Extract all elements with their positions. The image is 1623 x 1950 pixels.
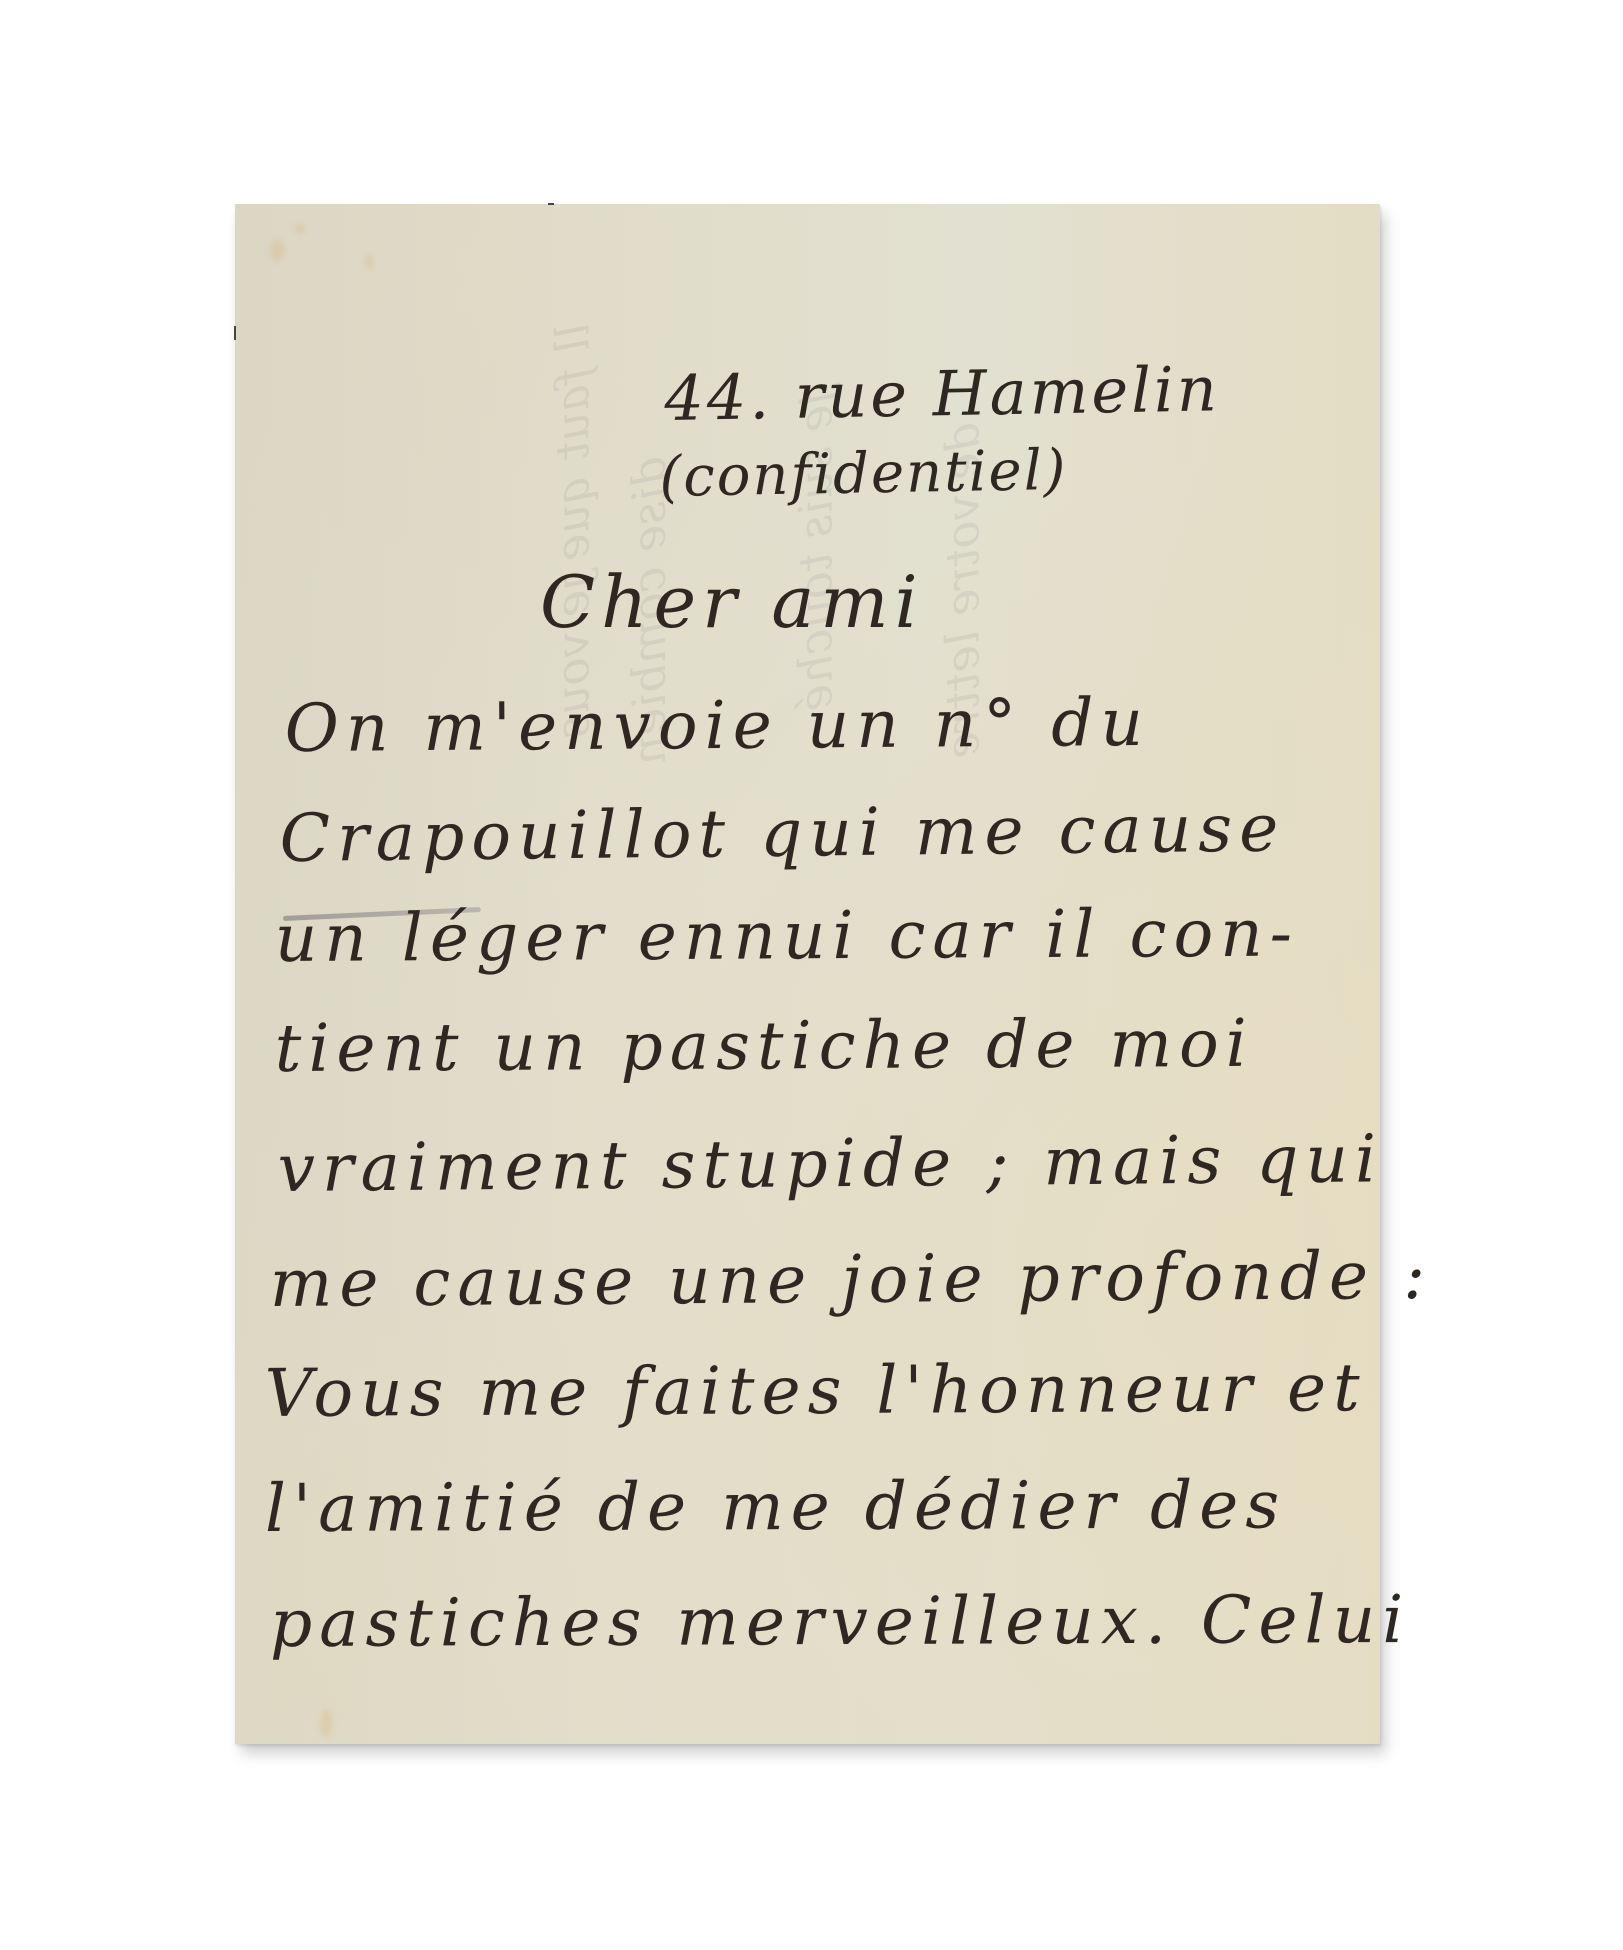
letter-body-line-9: pastiches merveilleux. Celui: [270, 1581, 1411, 1662]
letter-body-line-4: tient un pastiche de moi: [275, 1005, 1254, 1087]
edge-mark: [548, 203, 554, 205]
letter-body-line-2: Crapouillot qui me cause: [279, 789, 1285, 877]
letter-salutation: Cher ami: [540, 560, 924, 644]
show-through-text: ll faut que je vous: [546, 323, 600, 738]
letter-body-line-3: un léger ennui car il con-: [275, 895, 1300, 977]
show-through-text: je suis touché: [788, 391, 842, 712]
letter-body-line-5: vraiment stupide ; mais qui: [277, 1120, 1383, 1207]
foxing-stain: [365, 254, 373, 270]
letter-body-line-1: On m'envoie un n° du: [284, 684, 1150, 767]
letter-body-line-8: l'amitié de me dédier des: [265, 1466, 1287, 1547]
foxing-stain: [270, 239, 284, 261]
foxing-stain: [320, 1709, 332, 1737]
letter-body-line-7: Vous me faites l'honneur et: [265, 1349, 1367, 1432]
letter-address: 44. rue Hamelin: [664, 352, 1221, 435]
edge-mark: [234, 326, 236, 340]
letter-confidential-note: (confidentiel): [659, 438, 1068, 510]
letter-body-line-6: me cause une joie profonde :: [269, 1237, 1432, 1322]
foxing-stain: [295, 224, 305, 234]
